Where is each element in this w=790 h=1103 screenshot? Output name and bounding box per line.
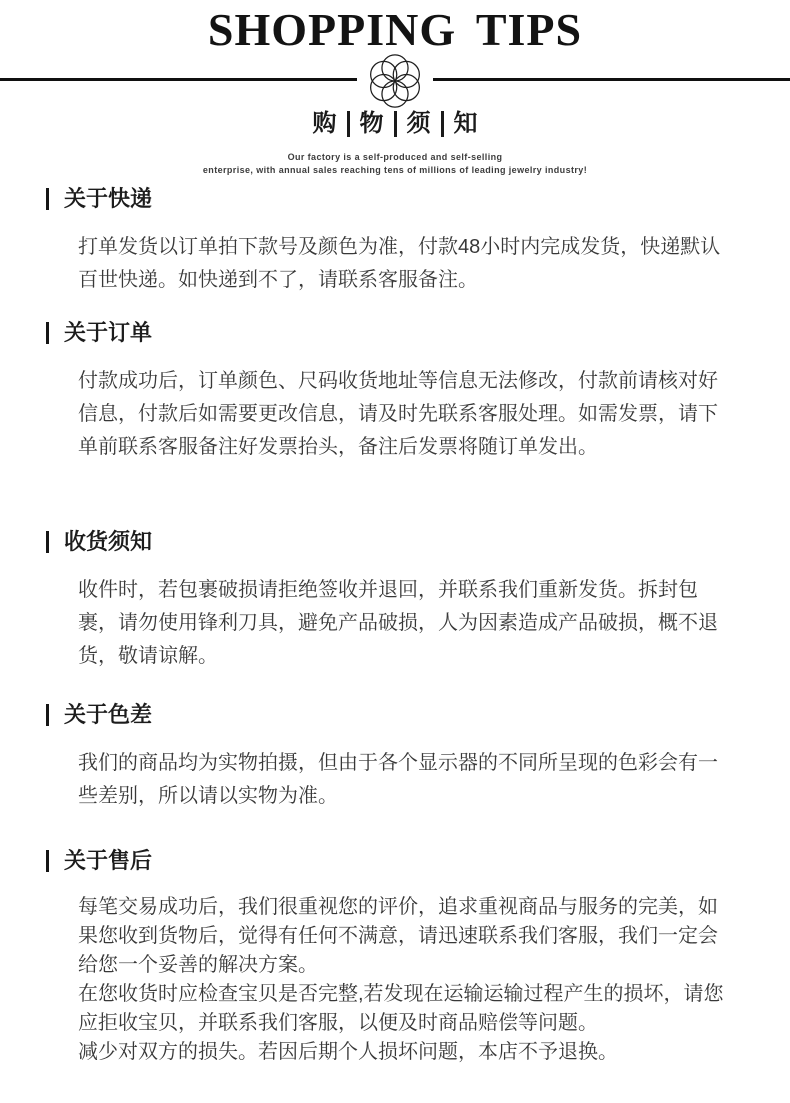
section-marker-bar	[46, 704, 49, 726]
section-paragraph: 收件时，若包裹破损请拒绝签收并退回，并联系我们重新发货。拆封包裹，请勿使用锋利刀…	[78, 574, 724, 673]
section-marker-bar	[46, 531, 49, 553]
section-body: 我们的商品均为实物拍摄，但由于各个显示器的不同所呈现的色彩会有一些差别，所以请以…	[78, 747, 724, 813]
section-header: 关于色差	[46, 703, 724, 727]
section-title: 关于售后	[64, 849, 152, 873]
section-receiving: 收货须知 收件时，若包裹破损请拒绝签收并退回，并联系我们重新发货。拆封包裹，请勿…	[46, 530, 724, 673]
factory-tagline: Our factory is a self-produced and self-…	[0, 151, 790, 177]
section-order: 关于订单 付款成功后，订单颜色、尺码收货地址等信息无法修改，付款前请核对好信息，…	[46, 321, 724, 464]
section-marker-bar	[46, 322, 49, 344]
section-paragraph: 每笔交易成功后，我们很重视您的评价，追求重视商品与服务的完美，如果您收到货物后，…	[78, 893, 724, 980]
section-title: 收货须知	[64, 530, 152, 554]
section-body: 收件时，若包裹破损请拒绝签收并退回，并联系我们重新发货。拆封包裹，请勿使用锋利刀…	[78, 574, 724, 673]
subtitle-separator	[441, 111, 444, 137]
section-marker-bar	[46, 188, 49, 210]
section-title: 关于快递	[64, 187, 152, 211]
section-header: 收货须知	[46, 530, 724, 554]
section-body: 付款成功后，订单颜色、尺码收货地址等信息无法修改，付款前请核对好信息，付款后如需…	[78, 365, 724, 464]
cn-subtitle: 购 物 须 知	[0, 110, 790, 138]
subtitle-char: 知	[454, 110, 478, 138]
section-marker-bar	[46, 850, 49, 872]
page-title: SHOPPING TIPS	[0, 6, 790, 54]
section-paragraph: 在您收货时应检查宝贝是否完整,若发现在运输运输过程产生的损坏，请您应拒收宝贝，并…	[78, 980, 724, 1038]
section-header: 关于售后	[46, 849, 724, 873]
shopping-tips-page: SHOPPING TIPS 购 物 须 知 Our factory is a s…	[0, 6, 790, 1067]
tagline-line-2: enterprise, with annual sales reaching t…	[0, 164, 790, 177]
section-paragraph: 付款成功后，订单颜色、尺码收货地址等信息无法修改，付款前请核对好信息，付款后如需…	[78, 365, 724, 464]
section-paragraph: 我们的商品均为实物拍摄，但由于各个显示器的不同所呈现的色彩会有一些差别，所以请以…	[78, 747, 724, 813]
section-header: 关于订单	[46, 321, 724, 345]
subtitle-separator	[347, 111, 350, 137]
section-express: 关于快递 打单发货以订单拍下款号及颜色为准，付款48小时内完成发货，快递默认百世…	[46, 187, 724, 297]
subtitle-char: 物	[360, 110, 384, 138]
section-paragraph: 减少对双方的损失。若因后期个人损坏问题，本店不予退换。	[78, 1038, 724, 1067]
section-after-sales: 关于售后 每笔交易成功后，我们很重视您的评价，追求重视商品与服务的完美，如果您收…	[46, 849, 724, 1067]
section-list: 关于快递 打单发货以订单拍下款号及颜色为准，付款48小时内完成发货，快递默认百世…	[0, 187, 790, 1067]
flower-rosette-icon	[357, 52, 433, 110]
section-color-difference: 关于色差 我们的商品均为实物拍摄，但由于各个显示器的不同所呈现的色彩会有一些差别…	[46, 703, 724, 813]
section-title: 关于订单	[64, 321, 152, 345]
section-paragraph: 打单发货以订单拍下款号及颜色为准，付款48小时内完成发货，快递默认百世快递。如快…	[78, 231, 724, 297]
section-header: 关于快递	[46, 187, 724, 211]
ornament-divider	[0, 54, 790, 108]
section-body: 每笔交易成功后，我们很重视您的评价，追求重视商品与服务的完美，如果您收到货物后，…	[78, 893, 724, 1067]
subtitle-char: 购	[313, 110, 337, 138]
subtitle-char: 须	[407, 110, 431, 138]
section-body: 打单发货以订单拍下款号及颜色为准，付款48小时内完成发货，快递默认百世快递。如快…	[78, 231, 724, 297]
subtitle-separator	[394, 111, 397, 137]
section-title: 关于色差	[64, 703, 152, 727]
tagline-line-1: Our factory is a self-produced and self-…	[0, 151, 790, 164]
